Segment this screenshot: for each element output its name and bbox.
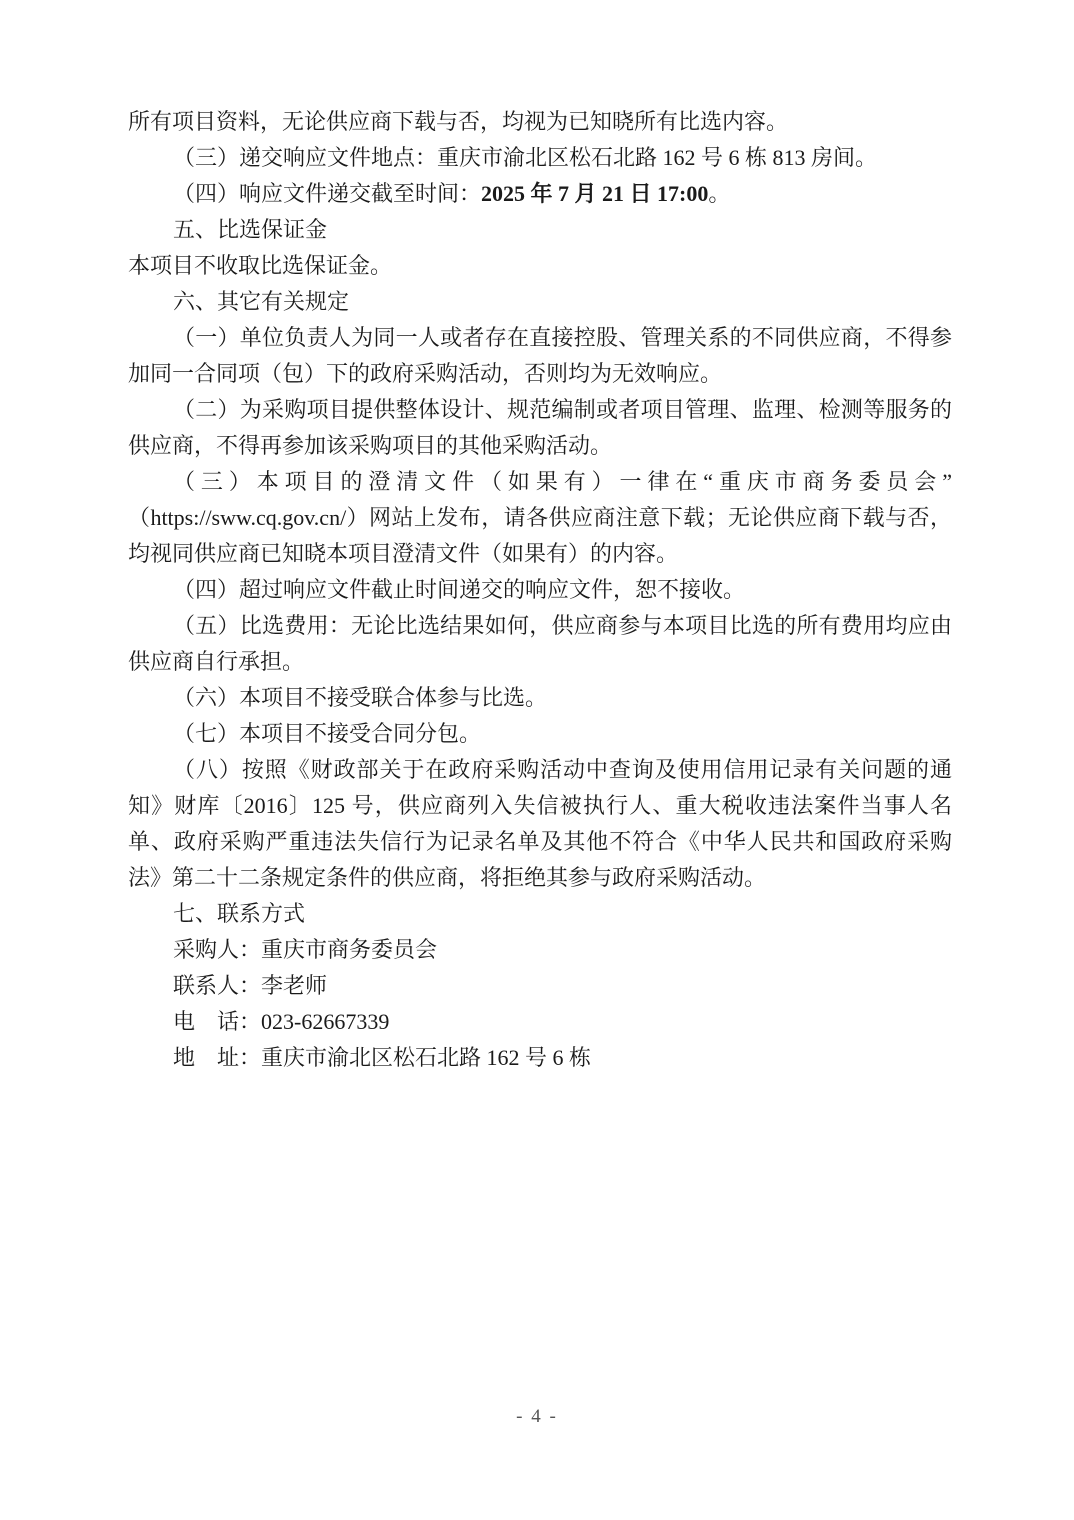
section-6-item-5: （五）比选费用：无论比选结果如何，供应商参与本项目比选的所有费用均应由供应商自行… [128,608,952,680]
contact-person: 联系人：李老师 [128,968,952,1004]
document-page: 所有项目资料，无论供应商下载与否，均视为已知晓所有比选内容。 （三）递交响应文件… [0,0,1074,1520]
section-6-heading: 六、其它有关规定 [128,284,952,320]
section-6-item-6: （六）本项目不接受联合体参与比选。 [128,680,952,716]
section-6-item-3: （三）本项目的澄清文件（如果有）一律在“重庆市商务委员会”（https://sw… [128,464,952,572]
deadline-label: （四）响应文件递交截至时间： [173,181,481,206]
page-number: - 4 - [516,1406,558,1427]
section-7-heading: 七、联系方式 [128,896,952,932]
section-6-item-2: （二）为采购项目提供整体设计、规范编制或者项目管理、监理、检测等服务的供应商，不… [128,392,952,464]
paragraph-item3-submission-location: （三）递交响应文件地点：重庆市渝北区松石北路 162 号 6 栋 813 房间。 [128,140,952,176]
section-6-item-1: （一）单位负责人为同一人或者存在直接控股、管理关系的不同供应商，不得参加同一合同… [128,320,952,392]
section-5-body: 本项目不收取比选保证金。 [128,248,952,284]
deadline-datetime: 2025 年 7 月 21 日 17:00 [481,181,708,206]
section-6-item-8: （八）按照《财政部关于在政府采购活动中查询及使用信用记录有关问题的通知》财库〔2… [128,752,952,896]
section-5-heading: 五、比选保证金 [128,212,952,248]
deadline-period: 。 [708,181,730,206]
paragraph-intro-continuation: 所有项目资料，无论供应商下载与否，均视为已知晓所有比选内容。 [128,104,952,140]
page-footer: - 4 - [0,1406,1074,1428]
contact-purchaser: 采购人：重庆市商务委员会 [128,932,952,968]
section-6-item-7: （七）本项目不接受合同分包。 [128,716,952,752]
paragraph-item4-deadline: （四）响应文件递交截至时间：2025 年 7 月 21 日 17:00。 [128,176,952,212]
section-6-item-4: （四）超过响应文件截止时间递交的响应文件，恕不接收。 [128,572,952,608]
document-body: 所有项目资料，无论供应商下载与否，均视为已知晓所有比选内容。 （三）递交响应文件… [128,104,952,1076]
contact-phone: 电 话：023-62667339 [128,1004,952,1040]
contact-address: 地 址：重庆市渝北区松石北路 162 号 6 栋 [128,1040,952,1076]
